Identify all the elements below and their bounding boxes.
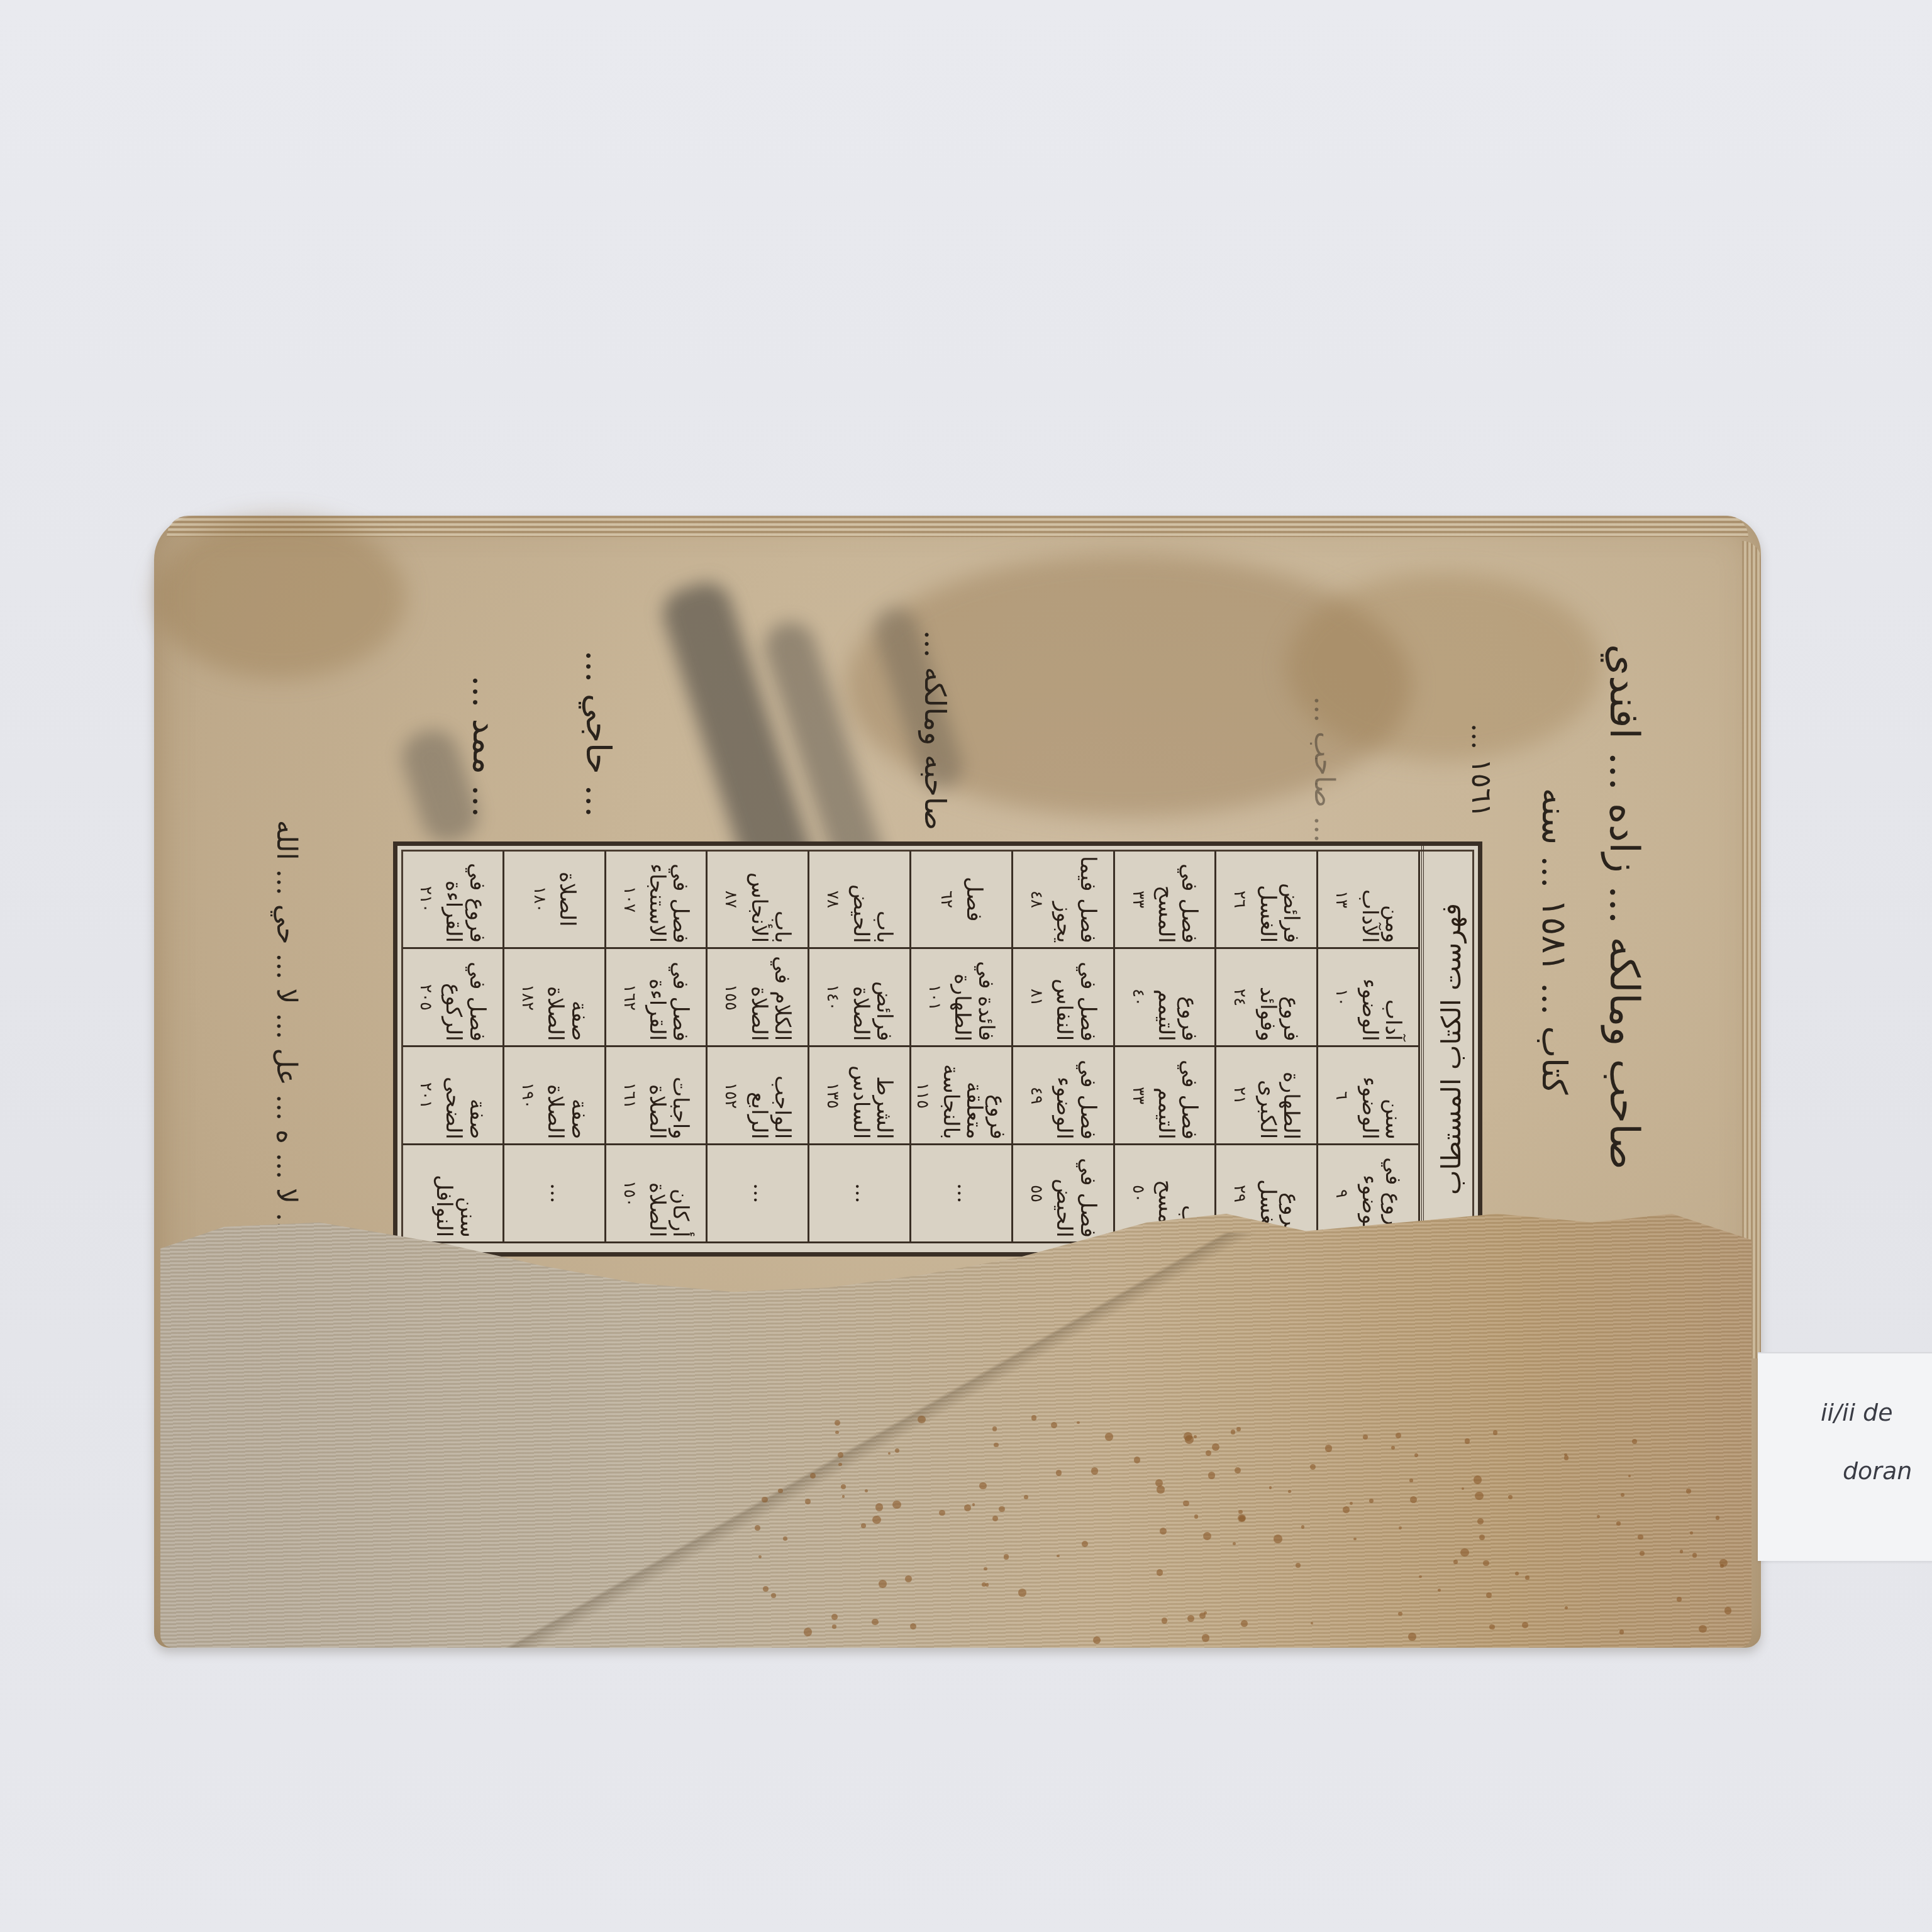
handwritten-note: كتاب ... ١٥٨١ ... سنه xyxy=(1535,616,1574,1094)
table-of-contents: فهرست الكتاب المستطاب فروع في القراءة٢١٠… xyxy=(393,841,1482,1257)
toc-entry-label: فصل في التيمم xyxy=(1154,1052,1201,1140)
rust-spot xyxy=(1410,1496,1417,1503)
toc-entry-label: فروع التيمم xyxy=(1154,953,1201,1041)
toc-entry: صفة الصلاة١٨٢ xyxy=(504,949,606,1047)
rust-spot xyxy=(1162,1618,1168,1624)
rust-spot xyxy=(1640,1551,1645,1556)
rust-spot xyxy=(1716,1516,1719,1519)
rust-spot xyxy=(1231,1430,1236,1435)
toc-entry: ... xyxy=(809,1145,911,1243)
toc-entry-label: آداب الوضوء xyxy=(1357,953,1404,1041)
toc-entry-label: صفة الضحى xyxy=(441,1052,489,1140)
toc-entry: فصل فيما يجوز٤٨ xyxy=(1013,851,1115,949)
toc-entry-page: ١١٥ xyxy=(913,1082,932,1109)
toc-entry-page: ٢٠١ xyxy=(416,1082,435,1109)
toc-entry-page: ١٥٢ xyxy=(721,1082,740,1109)
rust-spot xyxy=(1239,1516,1245,1521)
toc-entry-page: ١٠ xyxy=(1332,989,1351,1006)
toc-entry-label: الصلاة xyxy=(555,872,579,926)
rust-spot xyxy=(872,1516,881,1524)
toc-entry-label: الطهارة الكبرى xyxy=(1255,1052,1302,1140)
rust-spot xyxy=(755,1525,760,1531)
paper-label: ii/ii de doran xyxy=(1758,1352,1932,1561)
rust-spot xyxy=(1274,1535,1282,1543)
rust-spot xyxy=(1203,1532,1211,1540)
toc-entry-page: ١٠٧ xyxy=(620,886,639,913)
rust-spot xyxy=(1477,1518,1484,1524)
rust-spot xyxy=(1453,1560,1458,1564)
toc-title: فهرست الكتاب المستطاب xyxy=(1436,903,1467,1195)
rust-spot xyxy=(1212,1443,1219,1451)
toc-entry-label: فرائض الغسل xyxy=(1255,855,1302,943)
rust-spot xyxy=(1057,1555,1060,1558)
toc-entry-label: الشرط السادس xyxy=(848,1052,896,1140)
rust-spot xyxy=(1408,1633,1416,1641)
toc-entry-label: صفة الصلاة xyxy=(543,953,591,1041)
rust-spot xyxy=(979,1482,987,1490)
rust-spot xyxy=(1680,1550,1683,1553)
rust-spot xyxy=(1438,1589,1441,1592)
toc-entry-label: ... xyxy=(749,1183,772,1203)
toc-entry: فروع وفوائد٢٤ xyxy=(1216,949,1318,1047)
rust-spot xyxy=(762,1497,768,1503)
rust-spot xyxy=(879,1580,887,1588)
toc-entry-page: ٨١ xyxy=(1027,989,1046,1006)
toc-entry-label: سنن الوضوء xyxy=(1357,1052,1404,1140)
rust-spot xyxy=(835,1420,840,1426)
toc-entry-label: الكلام في الصلاة xyxy=(747,953,794,1041)
toc-entry-page: ٢٩ xyxy=(1230,1185,1249,1202)
toc-entry: فروع متعلقة بالنجاسة١١٥ xyxy=(911,1047,1013,1145)
label-text-line-2: doran xyxy=(1843,1457,1912,1485)
toc-entry: ... xyxy=(708,1145,809,1243)
rust-spot xyxy=(1564,1455,1568,1460)
rust-spot xyxy=(1194,1514,1199,1519)
rust-spot xyxy=(1409,1479,1413,1482)
toc-entry: فصل٦٢ xyxy=(911,851,1013,949)
rust-spot xyxy=(778,1489,783,1494)
rust-spot xyxy=(783,1536,787,1541)
rust-spot xyxy=(842,1495,845,1498)
toc-entry-label: فصل في القراءة xyxy=(645,953,692,1041)
rust-spot xyxy=(905,1575,912,1582)
toc-entry-label: ومن الآداب xyxy=(1357,855,1404,943)
rust-spot xyxy=(1157,1569,1163,1575)
rust-spot xyxy=(1018,1589,1026,1597)
toc-entry: فصل في النفاس٨١ xyxy=(1013,949,1115,1047)
toc-entry: الشرط السادس١٣٥ xyxy=(809,1047,911,1145)
toc-entry: آداب الوضوء١٠ xyxy=(1318,949,1420,1047)
rust-spot xyxy=(1296,1563,1301,1568)
toc-entry: صفة الصلاة١٩٠ xyxy=(504,1047,606,1145)
toc-entry-label: فصل في النفاس xyxy=(1052,953,1099,1041)
toc-entry-label: الواجب الرابع xyxy=(747,1052,794,1140)
handwritten-note: ... ممد ... xyxy=(465,591,505,818)
rust-spot xyxy=(892,1501,901,1509)
rust-spot xyxy=(1483,1560,1489,1567)
rust-spot xyxy=(918,1416,925,1423)
rust-spot xyxy=(1414,1453,1418,1457)
rust-spot xyxy=(1597,1515,1600,1518)
toc-entry-label: ... xyxy=(953,1183,976,1203)
toc-entry-page: ٨٧ xyxy=(721,891,740,908)
rust-spot xyxy=(1056,1470,1062,1475)
toc-entry-page: ٣٣ xyxy=(1129,891,1148,908)
toc-entry-label: فروع متعلقة بالنجاسة xyxy=(938,1052,1009,1140)
rust-spot xyxy=(1325,1445,1332,1452)
rust-spot xyxy=(1235,1467,1241,1474)
page-block-top-edge xyxy=(167,516,1748,537)
rust-spot xyxy=(1204,1611,1207,1614)
rust-spot xyxy=(1638,1535,1643,1540)
toc-entry: فرائض الصلاة١٤٠ xyxy=(809,949,911,1047)
toc-entry-page: ١٦١ xyxy=(620,1082,639,1109)
toc-entry-label: فصل في الاستنجاء xyxy=(645,855,692,943)
rust-spot xyxy=(1031,1415,1037,1421)
toc-entry: فروع في القراءة٢١٠ xyxy=(402,851,504,949)
rust-spot xyxy=(1692,1553,1697,1557)
rust-spot xyxy=(1616,1521,1620,1525)
toc-entry-label: فرائض الصلاة xyxy=(848,953,896,1041)
toc-entry: فرائض الغسل٢٦ xyxy=(1216,851,1318,949)
toc-entry-page: ١٥٥ xyxy=(721,984,740,1011)
toc-entry-label: سنن النوافل xyxy=(432,1150,479,1238)
toc-entry-page: ٢٦ xyxy=(1230,891,1249,908)
toc-entry-label: فصل xyxy=(962,877,985,922)
toc-entry: فائدة في الطهارة١٠١ xyxy=(911,949,1013,1047)
rust-spot xyxy=(1236,1427,1241,1431)
rust-spot xyxy=(1157,1485,1164,1493)
toc-entry: فصل في المسح٣٣ xyxy=(1115,851,1217,949)
handwritten-note: صاحبه ومالكه ... xyxy=(918,591,952,830)
toc-entry-page: ١٣ xyxy=(1332,891,1351,908)
toc-entry-label: فصل في الحيض xyxy=(1052,1150,1099,1238)
rust-spot xyxy=(1238,1510,1242,1514)
toc-entry-label: باب الحيض xyxy=(848,855,896,943)
rust-spot xyxy=(838,1463,841,1466)
toc-entry-page: ٧٨ xyxy=(823,891,842,908)
rust-spot xyxy=(832,1624,836,1628)
rust-spot xyxy=(1690,1531,1692,1534)
toc-entry: فصل في الوضوء٤٩ xyxy=(1013,1047,1115,1145)
rust-spot xyxy=(992,1426,997,1431)
rust-spot xyxy=(1465,1438,1470,1444)
rust-spot xyxy=(804,1628,813,1636)
handwritten-note: ١٥٦١ ... xyxy=(1465,654,1497,818)
toc-entry-page: ٤٨ xyxy=(1027,891,1046,908)
toc-title-strip: فهرست الكتاب المستطاب xyxy=(1421,846,1478,1252)
label-text-line-1: ii/ii de xyxy=(1821,1399,1893,1426)
toc-entry: الصلاة١٨٠ xyxy=(504,851,606,949)
toc-entry-label: صفة الصلاة xyxy=(543,1052,591,1140)
rust-spot xyxy=(1396,1433,1401,1438)
rust-spot xyxy=(1699,1625,1707,1633)
toc-entry: فصل في التيمم٣٣ xyxy=(1115,1047,1217,1145)
rust-spot xyxy=(758,1555,762,1558)
rust-spot xyxy=(1720,1564,1724,1568)
toc-entry-label: فصل في الوضوء xyxy=(1052,1052,1099,1140)
rust-spot xyxy=(964,1504,971,1511)
toc-entry: فروع التيمم٤٠ xyxy=(1115,949,1217,1047)
toc-entry-label: فصل في الركوع xyxy=(441,953,489,1041)
toc-entry-label: ... xyxy=(546,1183,569,1203)
toc-entry-page: ٩ xyxy=(1332,1189,1351,1198)
toc-entry-label: فروع وفوائد xyxy=(1255,953,1302,1041)
toc-entry-page: ٥٥ xyxy=(1027,1185,1046,1202)
handwritten-note: صاحب ومالكه ... زاده ... افندي xyxy=(1601,616,1647,1170)
toc-entry-page: ٣٣ xyxy=(1129,1087,1148,1104)
toc-entry-page: ١٦٢ xyxy=(620,984,639,1011)
toc-entry-page: ٦ xyxy=(1332,1091,1351,1100)
toc-entry-page: ٢٠٥ xyxy=(416,984,435,1011)
toc-grid: فروع في القراءة٢١٠الصلاة١٨٠فصل في الاستن… xyxy=(402,851,1420,1252)
rust-spot xyxy=(1091,1467,1098,1474)
toc-entry: فصل في الركوع٢٠٥ xyxy=(402,949,504,1047)
rust-spot xyxy=(1460,1548,1469,1557)
toc-entry-page: ١٨٢ xyxy=(518,984,537,1011)
rust-spot xyxy=(865,1489,868,1492)
toc-entry-label: فروع في القراءة xyxy=(441,855,489,943)
rust-spot xyxy=(1475,1492,1483,1500)
toc-entry: ... xyxy=(504,1145,606,1243)
toc-entry: الواجب الرابع١٥٢ xyxy=(708,1047,809,1145)
rust-spot xyxy=(1419,1575,1421,1578)
toc-entry-label: أركان الصلاة xyxy=(645,1150,692,1238)
rust-spot xyxy=(1184,1432,1192,1441)
toc-entry-page: ٤٠ xyxy=(1129,989,1148,1006)
rust-spot xyxy=(1082,1541,1088,1547)
toc-entry: صفة الضحى٢٠١ xyxy=(402,1047,504,1145)
toc-entry-page: ١٤٠ xyxy=(823,984,842,1011)
toc-entry: ... xyxy=(911,1145,1013,1243)
handwritten-note-pencil: ... صاحب ... xyxy=(1308,579,1340,843)
toc-entry-page: ٢١٠ xyxy=(416,886,435,913)
toc-entry: الكلام في الصلاة١٥٥ xyxy=(708,949,809,1047)
rust-spot xyxy=(1004,1554,1009,1559)
rust-spot xyxy=(831,1614,838,1620)
toc-entry: سنن الوضوء٦ xyxy=(1318,1047,1420,1145)
rust-spot xyxy=(1051,1422,1057,1428)
toc-entry: باب الأنجاس٨٧ xyxy=(708,851,809,949)
toc-entry-page: ٤٩ xyxy=(1027,1087,1046,1104)
toc-entry: باب الحيض٧٨ xyxy=(809,851,911,949)
rust-spot xyxy=(1311,1622,1313,1624)
toc-entry: أركان الصلاة١٥٠ xyxy=(606,1145,708,1243)
rust-spot xyxy=(1105,1433,1113,1441)
rust-spot xyxy=(1194,1435,1196,1438)
toc-entry-page: ٢١ xyxy=(1230,1087,1249,1104)
rust-spot xyxy=(1269,1486,1272,1489)
toc-entry-page: ١٩٠ xyxy=(518,1082,537,1109)
rust-spot xyxy=(763,1586,769,1592)
toc-entry: واجبات الصلاة١٦١ xyxy=(606,1047,708,1145)
toc-entry-page: ١٨٠ xyxy=(530,886,549,913)
rust-spot xyxy=(1353,1538,1357,1541)
toc-entry-label: فائدة في الطهارة xyxy=(950,953,997,1041)
toc-entry: سنن النوافل xyxy=(402,1145,504,1243)
rust-spot xyxy=(1525,1575,1529,1580)
rust-spot xyxy=(999,1506,1004,1512)
toc-entry-label: فصل في المسح xyxy=(1154,855,1201,943)
cloth-fold-line xyxy=(160,1233,1752,1648)
toc-entry: فصل في الحيض٥٥ xyxy=(1013,1145,1115,1243)
toc-entry-page: ٥٠ xyxy=(1129,1185,1148,1202)
toc-entry-page: ١٠١ xyxy=(925,984,944,1011)
handwritten-note: ... حاجي ... xyxy=(579,591,618,818)
toc-entry: فصل في الاستنجاء١٠٧ xyxy=(606,851,708,949)
rust-spot xyxy=(1241,1620,1248,1627)
rust-spot xyxy=(992,1516,998,1521)
rust-spot xyxy=(1350,1502,1353,1505)
toc-entry: ومن الآداب١٣ xyxy=(1318,851,1420,949)
rust-spot xyxy=(1093,1636,1101,1644)
toc-entry-page: ٦٢ xyxy=(937,891,956,908)
toc-entry-label: ... xyxy=(851,1183,874,1203)
toc-entry-label: واجبات الصلاة xyxy=(645,1052,692,1140)
rust-spot xyxy=(875,1503,883,1511)
toc-entry: الطهارة الكبرى٢١ xyxy=(1216,1047,1318,1145)
toc-entry-page: ٢٤ xyxy=(1230,989,1249,1006)
rust-spot xyxy=(972,1503,975,1506)
rust-spot xyxy=(939,1510,945,1516)
toc-entry: فصل في القراءة١٦٢ xyxy=(606,949,708,1047)
rust-spot xyxy=(805,1499,811,1504)
toc-entry-page: ١٥٠ xyxy=(620,1180,639,1207)
rust-spot xyxy=(994,1443,998,1447)
rust-spot xyxy=(1183,1501,1189,1506)
rust-spot xyxy=(1565,1606,1568,1609)
toc-entry-page: ١٣٥ xyxy=(823,1082,842,1109)
rust-spot xyxy=(838,1452,843,1458)
handwritten-note: ... لا ... ه ... عل ... لا ... حي ... ال… xyxy=(270,623,303,1239)
rust-spot xyxy=(1474,1475,1482,1484)
rust-spot xyxy=(1522,1622,1528,1628)
toc-entry-label: باب الأنجاس xyxy=(747,855,794,943)
toc-entry-label: فصل فيما يجوز xyxy=(1052,855,1099,943)
